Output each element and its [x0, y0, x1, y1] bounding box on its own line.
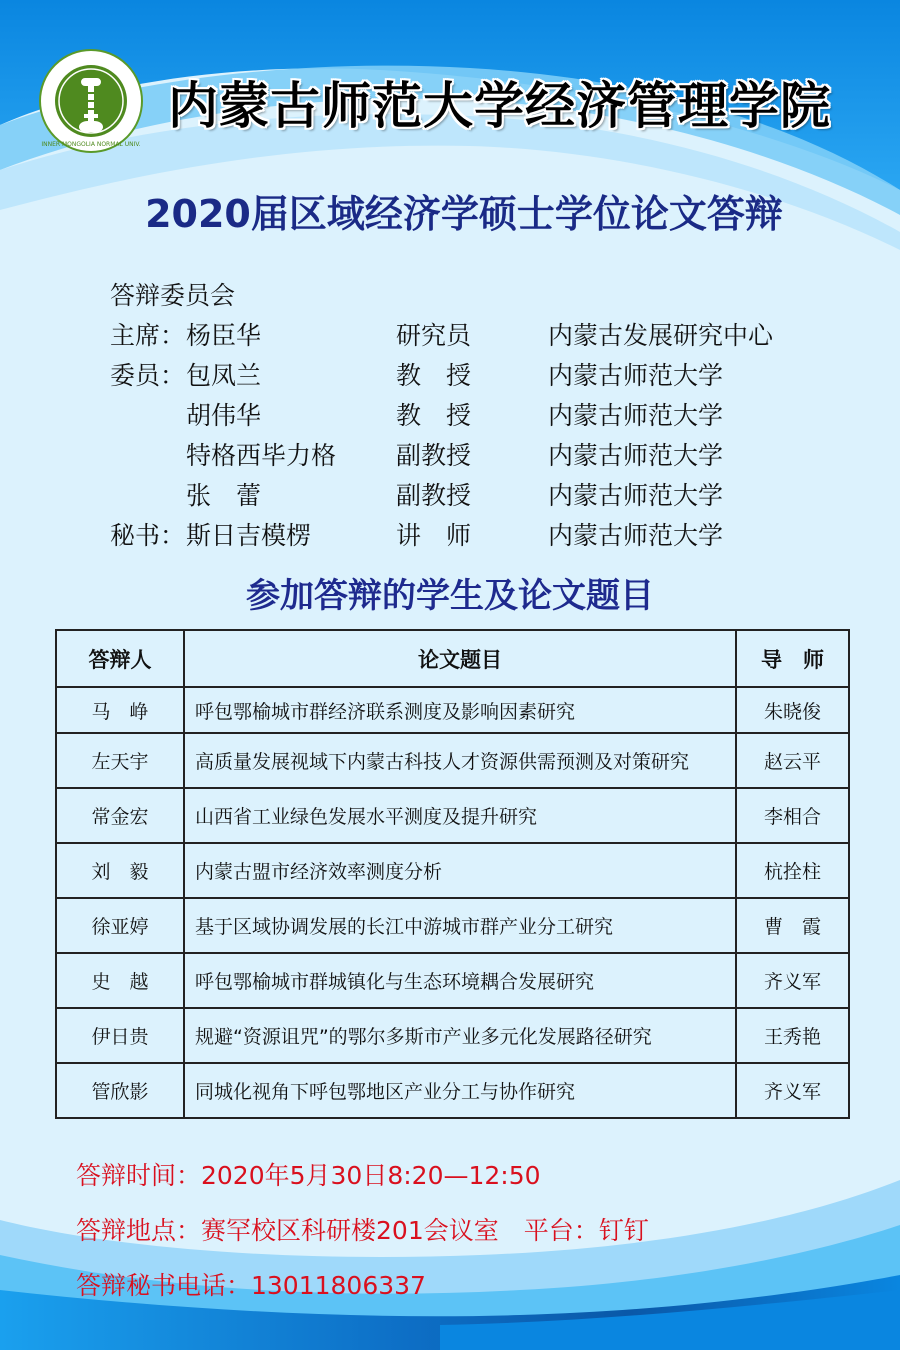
member-title: 教 授 [396, 356, 548, 396]
university-logo: INNER MONGOLIA NORMAL UNIV. [38, 48, 144, 154]
thesis-title: 同城化视角下呼包鄂地区产业分工与协作研究 [184, 1063, 736, 1118]
advisor-name: 王秀艳 [736, 1008, 849, 1063]
thesis-title: 呼包鄂榆城市群经济联系测度及影响因素研究 [184, 687, 736, 733]
member-org: 内蒙古师范大学 [548, 516, 723, 556]
committee-member: 胡伟华 教 授 内蒙古师范大学 [110, 396, 773, 436]
table-row: 徐亚婷 基于区域协调发展的长江中游城市群产业分工研究 曹 霞 [56, 898, 849, 953]
committee-member: 特格西毕力格 副教授 内蒙古师范大学 [110, 436, 773, 476]
thesis-title: 呼包鄂榆城市群城镇化与生态环境耦合发展研究 [184, 953, 736, 1008]
member-org: 内蒙古发展研究中心 [548, 316, 773, 356]
table-row: 管欣影 同城化视角下呼包鄂地区产业分工与协作研究 齐义军 [56, 1063, 849, 1118]
student-name: 左天宇 [56, 733, 184, 788]
member-name: 杨臣华 [186, 316, 396, 356]
thesis-table: 答辩人 论文题目 导 师 马 峥 呼包鄂榆城市群经济联系测度及影响因素研究 朱晓… [55, 629, 850, 1119]
student-name: 史 越 [56, 953, 184, 1008]
school-title: 内蒙古师范大学经济管理学院 [168, 66, 831, 138]
thesis-title: 基于区域协调发展的长江中游城市群产业分工研究 [184, 898, 736, 953]
member-role [110, 396, 186, 436]
member-role: 委员： [110, 356, 186, 396]
member-title: 研究员 [396, 316, 548, 356]
table-row: 常金宏 山西省工业绿色发展水平测度及提升研究 李相合 [56, 788, 849, 843]
member-org: 内蒙古师范大学 [548, 436, 723, 476]
thesis-title: 规避“资源诅咒”的鄂尔多斯市产业多元化发展路径研究 [184, 1008, 736, 1063]
university-seal-icon: INNER MONGOLIA NORMAL UNIV. [38, 48, 144, 154]
member-org: 内蒙古师范大学 [548, 476, 723, 516]
member-role: 秘书： [110, 516, 186, 556]
thesis-title: 内蒙古盟市经济效率测度分析 [184, 843, 736, 898]
student-name: 管欣影 [56, 1063, 184, 1118]
student-name: 刘 毅 [56, 843, 184, 898]
students-section-title: 参加答辩的学生及论文题目 [0, 568, 900, 617]
event-title: 2020届区域经济学硕士学位论文答辩 [0, 183, 900, 238]
student-name: 马 峥 [56, 687, 184, 733]
member-role [110, 476, 186, 516]
column-header-thesis: 论文题目 [184, 630, 736, 687]
committee-heading: 答辩委员会 [110, 276, 773, 316]
advisor-name: 曹 霞 [736, 898, 849, 953]
member-name: 特格西毕力格 [186, 436, 396, 476]
advisor-name: 李相合 [736, 788, 849, 843]
committee-member: 委员： 包凤兰 教 授 内蒙古师范大学 [110, 356, 773, 396]
svg-text:INNER MONGOLIA NORMAL UNIV.: INNER MONGOLIA NORMAL UNIV. [41, 141, 140, 148]
committee-member: 秘书： 斯日吉模楞 讲 师 内蒙古师范大学 [110, 516, 773, 556]
thesis-title: 山西省工业绿色发展水平测度及提升研究 [184, 788, 736, 843]
committee-member: 主席： 杨臣华 研究员 内蒙古发展研究中心 [110, 316, 773, 356]
committee-section: 答辩委员会 主席： 杨臣华 研究员 内蒙古发展研究中心 委员： 包凤兰 教 授 … [110, 276, 773, 556]
thesis-title: 高质量发展视域下内蒙古科技人才资源供需预测及对策研究 [184, 733, 736, 788]
member-name: 斯日吉模楞 [186, 516, 396, 556]
student-name: 徐亚婷 [56, 898, 184, 953]
advisor-name: 朱晓俊 [736, 687, 849, 733]
advisor-name: 杭拴柱 [736, 843, 849, 898]
advisor-name: 齐义军 [736, 1063, 849, 1118]
member-role: 主席： [110, 316, 186, 356]
advisor-name: 赵云平 [736, 733, 849, 788]
committee-member: 张 蕾 副教授 内蒙古师范大学 [110, 476, 773, 516]
member-role [110, 436, 186, 476]
member-name: 胡伟华 [186, 396, 396, 436]
student-name: 伊日贵 [56, 1008, 184, 1063]
defense-time: 答辩时间：2020年5月30日8:20—12:50 [76, 1156, 541, 1192]
advisor-name: 齐义军 [736, 953, 849, 1008]
member-name: 张 蕾 [186, 476, 396, 516]
table-row: 伊日贵 规避“资源诅咒”的鄂尔多斯市产业多元化发展路径研究 王秀艳 [56, 1008, 849, 1063]
member-title: 讲 师 [396, 516, 548, 556]
table-row: 史 越 呼包鄂榆城市群城镇化与生态环境耦合发展研究 齐义军 [56, 953, 849, 1008]
student-name: 常金宏 [56, 788, 184, 843]
member-org: 内蒙古师范大学 [548, 356, 723, 396]
member-title: 副教授 [396, 476, 548, 516]
defense-location: 答辩地点：赛罕校区科研楼201会议室 平台：钉钉 [76, 1211, 649, 1247]
member-title: 教 授 [396, 396, 548, 436]
table-row: 马 峥 呼包鄂榆城市群经济联系测度及影响因素研究 朱晓俊 [56, 687, 849, 733]
column-header-advisor: 导 师 [736, 630, 849, 687]
secretary-phone: 答辩秘书电话：13011806337 [76, 1266, 426, 1302]
table-row: 左天宇 高质量发展视域下内蒙古科技人才资源供需预测及对策研究 赵云平 [56, 733, 849, 788]
member-name: 包凤兰 [186, 356, 396, 396]
table-header-row: 答辩人 论文题目 导 师 [56, 630, 849, 687]
member-org: 内蒙古师范大学 [548, 396, 723, 436]
member-title: 副教授 [396, 436, 548, 476]
column-header-student: 答辩人 [56, 630, 184, 687]
table-row: 刘 毅 内蒙古盟市经济效率测度分析 杭拴柱 [56, 843, 849, 898]
